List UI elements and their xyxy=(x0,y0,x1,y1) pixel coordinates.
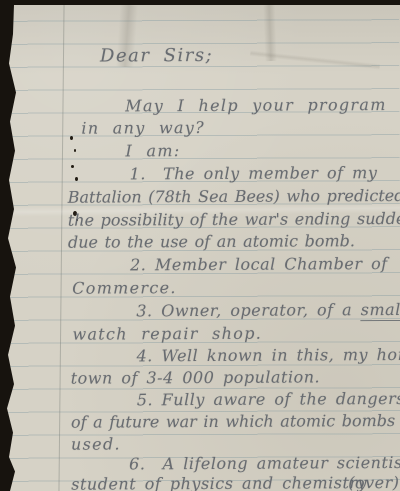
list-item-2: 2. Member local Chamber of xyxy=(130,254,388,275)
handwritten-line: the possibility of the war's ending sudd… xyxy=(68,209,400,231)
handwritten-line: I am: xyxy=(125,141,180,161)
list-item-6: 6. A lifelong amateur scientist and xyxy=(129,453,400,475)
page-over-note: (over) xyxy=(348,473,399,491)
handwritten-line: Battalion (78th Sea Bees) who predicted xyxy=(68,186,400,208)
handwritten-line: town of 3-4 000 population. xyxy=(71,367,321,388)
photo-background: Dear Sirs; May I help your program in an… xyxy=(0,0,400,491)
handwritten-line: in any way? xyxy=(81,118,205,139)
salutation: Dear Sirs; xyxy=(100,46,213,67)
handwritten-line: Commerce. xyxy=(72,278,177,299)
handwritten-line: watch repair shop. xyxy=(72,324,262,345)
handwritten-line: May I help your program xyxy=(125,95,387,116)
handwriting-layer: Dear Sirs; May I help your program in an… xyxy=(0,4,400,491)
line-text: student of physics and chemistry xyxy=(71,473,367,491)
underlined-word: small xyxy=(361,300,400,321)
list-item-4: 4. Well known in this, my home xyxy=(137,345,400,367)
list-item-5: 5. Fully aware of the dangers xyxy=(137,389,400,410)
list-item-3: 3. Owner, operator, of a small xyxy=(136,300,400,321)
handwritten-line: of a future war in which atomic bombs ar… xyxy=(71,411,400,433)
list-item-1: 1. The only member of my xyxy=(130,163,378,184)
handwritten-line: student of physics and chemistry(over) xyxy=(71,473,396,491)
handwritten-line: used. xyxy=(71,434,121,454)
handwritten-line: due to the use of an atomic bomb. xyxy=(68,231,355,253)
letter-page: Dear Sirs; May I help your program in an… xyxy=(0,5,400,491)
line-text: 3. Owner, operator, of a xyxy=(136,300,361,320)
